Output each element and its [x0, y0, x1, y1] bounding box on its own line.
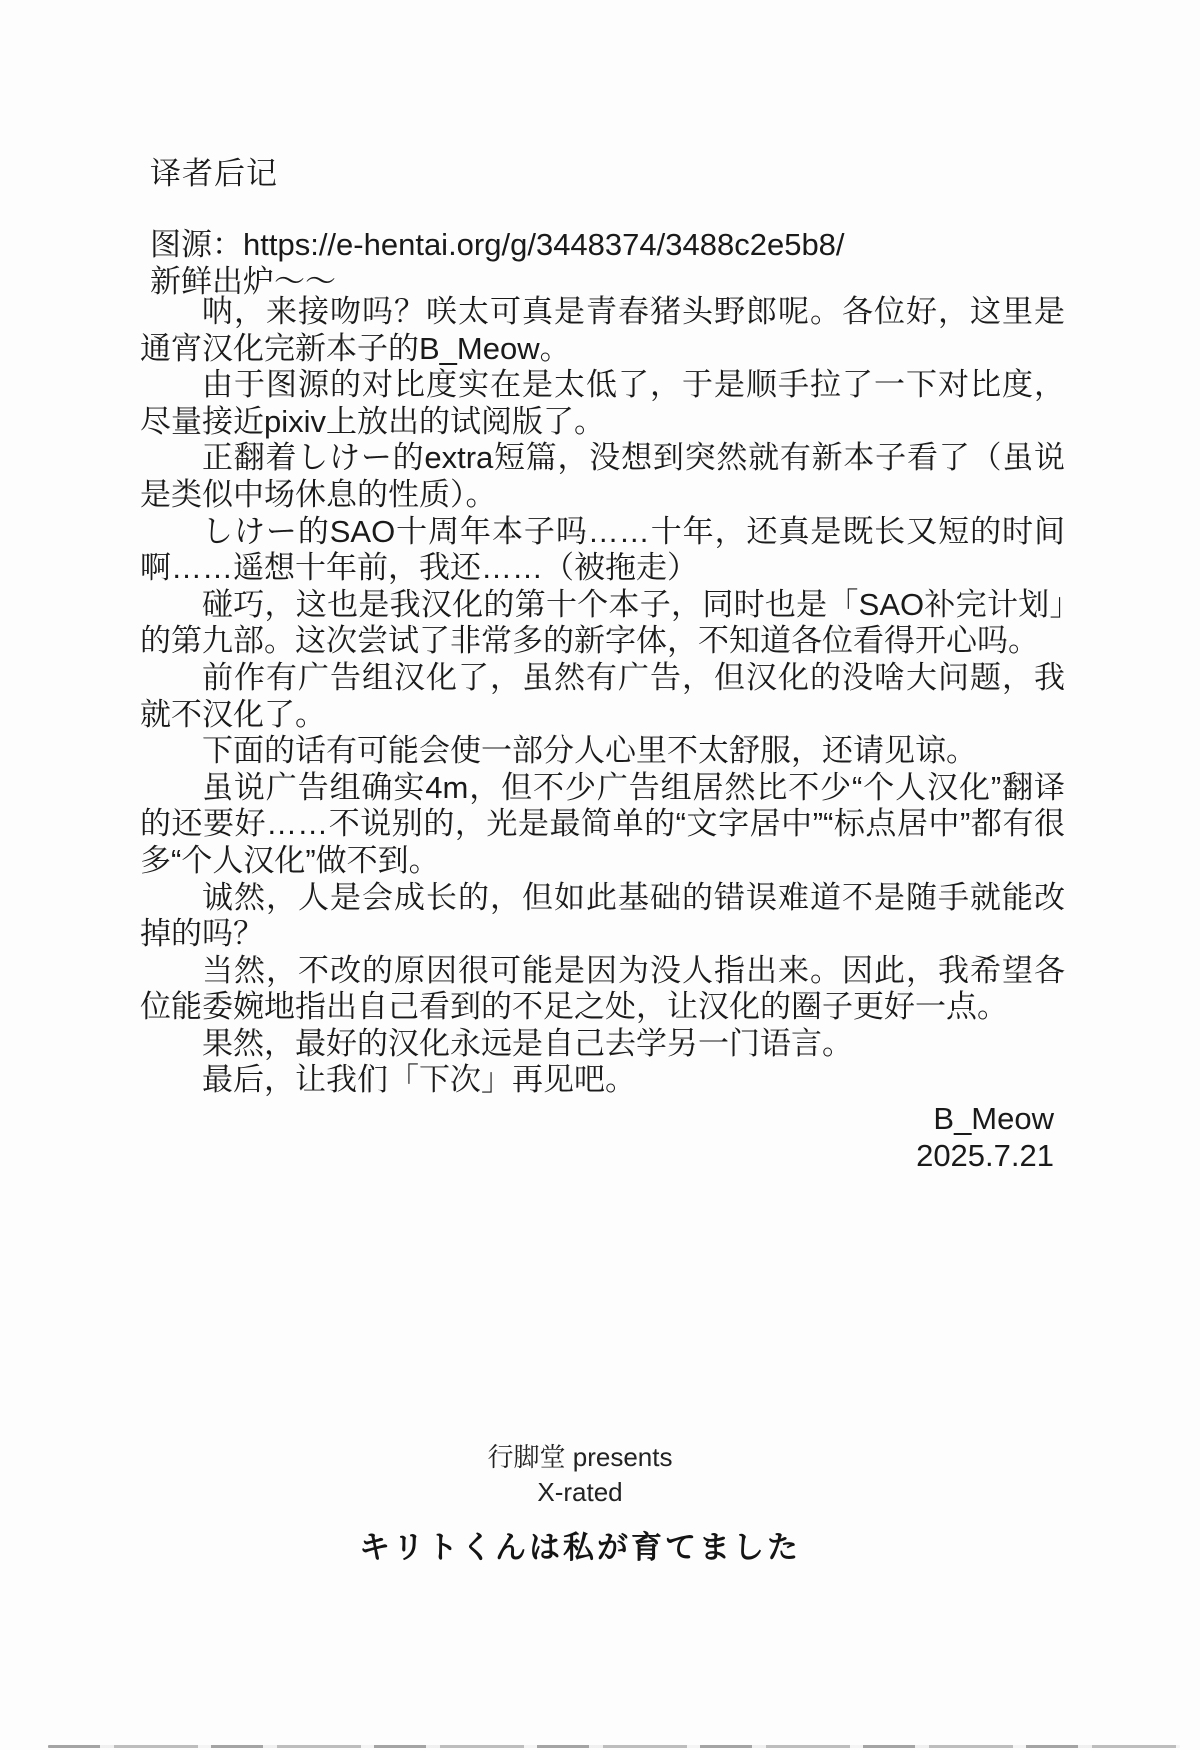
scan-edge-artifact	[48, 1745, 1180, 1748]
signature-block: B_Meow 2025.7.21	[916, 1100, 1054, 1174]
afterword-body: 呐，来接吻吗？咲太可真是青春猪头野郎呢。各位好，这里是通宵汉化完新本子的B_Me…	[140, 294, 1065, 1099]
paragraph: 前作有广告组汉化了，虽然有广告，但汉化的没啥大问题，我就不汉化了。	[140, 660, 1065, 733]
paragraph: 正翻着しけー的extra短篇，没想到突然就有新本子看了（虽说是类似中场休息的性质…	[140, 440, 1065, 513]
footer-block: 行脚堂 presents X-rated	[0, 1440, 1160, 1510]
paragraph: しけー的SAO十周年本子吗……十年，还真是既长又短的时间啊……遥想十年前，我还……	[140, 514, 1065, 587]
signature-date: 2025.7.21	[916, 1137, 1054, 1174]
paragraph: 诚然，人是会成长的，但如此基础的错误难道不是随手就能改掉的吗？	[140, 880, 1065, 953]
page-title: 译者后记	[150, 155, 278, 192]
signature-name: B_Meow	[916, 1100, 1054, 1137]
paragraph: 呐，来接吻吗？咲太可真是青春猪头野郎呢。各位好，这里是通宵汉化完新本子的B_Me…	[140, 294, 1065, 367]
paragraph: 当然，不改的原因很可能是因为没人指出来。因此，我希望各位能委婉地指出自己看到的不…	[140, 953, 1065, 1026]
paragraph: 虽说广告组确实4m，但不少广告组居然比不少“个人汉化”翻译的还要好……不说别的，…	[140, 770, 1065, 880]
paragraph: 由于图源的对比度实在是太低了，于是顺手拉了一下对比度，尽量接近pixiv上放出的…	[140, 367, 1065, 440]
source-block: 图源：https://e-hentai.org/g/3448374/3488c2…	[150, 226, 845, 300]
circle-presents-line: 行脚堂 presents	[0, 1440, 1160, 1475]
paragraph: 碰巧，这也是我汉化的第十个本子，同时也是「SAO补完计划」的第九部。这次尝试了非…	[140, 587, 1065, 660]
afterword-page: 译者后记 图源：https://e-hentai.org/g/3448374/3…	[0, 0, 1200, 1750]
paragraph: 果然，最好的汉化永远是自己去学另一门语言。	[140, 1026, 1065, 1063]
rating-label: X-rated	[0, 1475, 1160, 1510]
paragraph: 最后，让我们「下次」再见吧。	[140, 1062, 1065, 1099]
paragraph: 下面的话有可能会使一部分人心里不太舒服，还请见谅。	[140, 733, 1065, 770]
source-url-line: 图源：https://e-hentai.org/g/3448374/3488c2…	[150, 226, 845, 263]
calligraphy-title: キリトくんは私が育てました	[0, 1522, 1160, 1567]
